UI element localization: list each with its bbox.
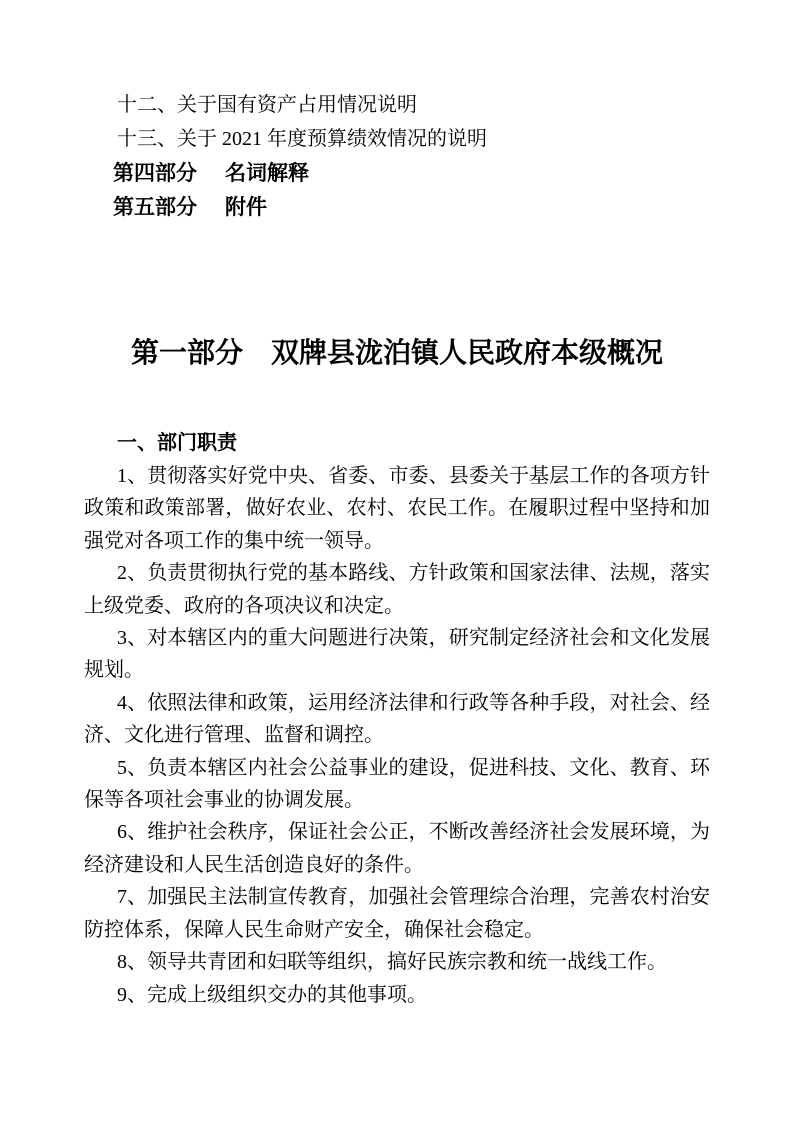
paragraph: 6、维护社会秩序，保证社会公正，不断改善经济社会发展环境，为经济建设和人民生活创… (84, 816, 710, 881)
paragraph: 5、负责本辖区内社会公益事业的建设，促进科技、文化、教育、环保等各项社会事业的协… (84, 752, 710, 817)
paragraph: 1、贯彻落实好党中央、省委、市委、县委关于基层工作的各项方针政策和政策部署，做好… (84, 460, 710, 557)
paragraph: 4、依照法律和政策，运用经济法律和行政等各种手段，对社会、经济、文化进行管理、监… (84, 687, 710, 752)
paragraph: 2、负责贯彻执行党的基本路线、方针政策和国家法律、法规，落实上级党委、政府的各项… (84, 557, 710, 622)
paragraph: 3、对本辖区内的重大问题进行决策，研究制定经济社会和文化发展规划。 (84, 622, 710, 687)
section-title: 第一部分双牌县泷泊镇人民政府本级概况 (84, 336, 710, 372)
toc-part-heading: 第四部分名词解释 (84, 156, 710, 190)
document-page: 十二、关于国有资产占用情况说明 十三、关于 2021 年度预算绩效情况的说明 第… (0, 0, 793, 1122)
subsection-heading: 一、部门职责 (84, 427, 710, 460)
paragraph: 7、加强民主法制宣传教育，加强社会管理综合治理，完善农村治安防控体系，保障人民生… (84, 881, 710, 946)
part-title: 名词解释 (225, 161, 309, 185)
toc-item: 十二、关于国有资产占用情况说明 (84, 88, 710, 122)
table-of-contents: 十二、关于国有资产占用情况说明 十三、关于 2021 年度预算绩效情况的说明 第… (84, 88, 710, 224)
paragraph: 8、领导共青团和妇联等组织，搞好民族宗教和统一战线工作。 (84, 946, 710, 978)
paragraph: 9、完成上级组织交办的其他事项。 (84, 979, 710, 1011)
section-title-text: 双牌县泷泊镇人民政府本级概况 (271, 338, 663, 369)
part-number: 第五部分 (113, 195, 197, 219)
part-title: 附件 (225, 195, 267, 219)
section-title-number: 第一部分 (131, 338, 243, 369)
part-number: 第四部分 (113, 161, 197, 185)
toc-part-heading: 第五部分附件 (84, 190, 710, 224)
toc-item: 十三、关于 2021 年度预算绩效情况的说明 (84, 122, 710, 156)
